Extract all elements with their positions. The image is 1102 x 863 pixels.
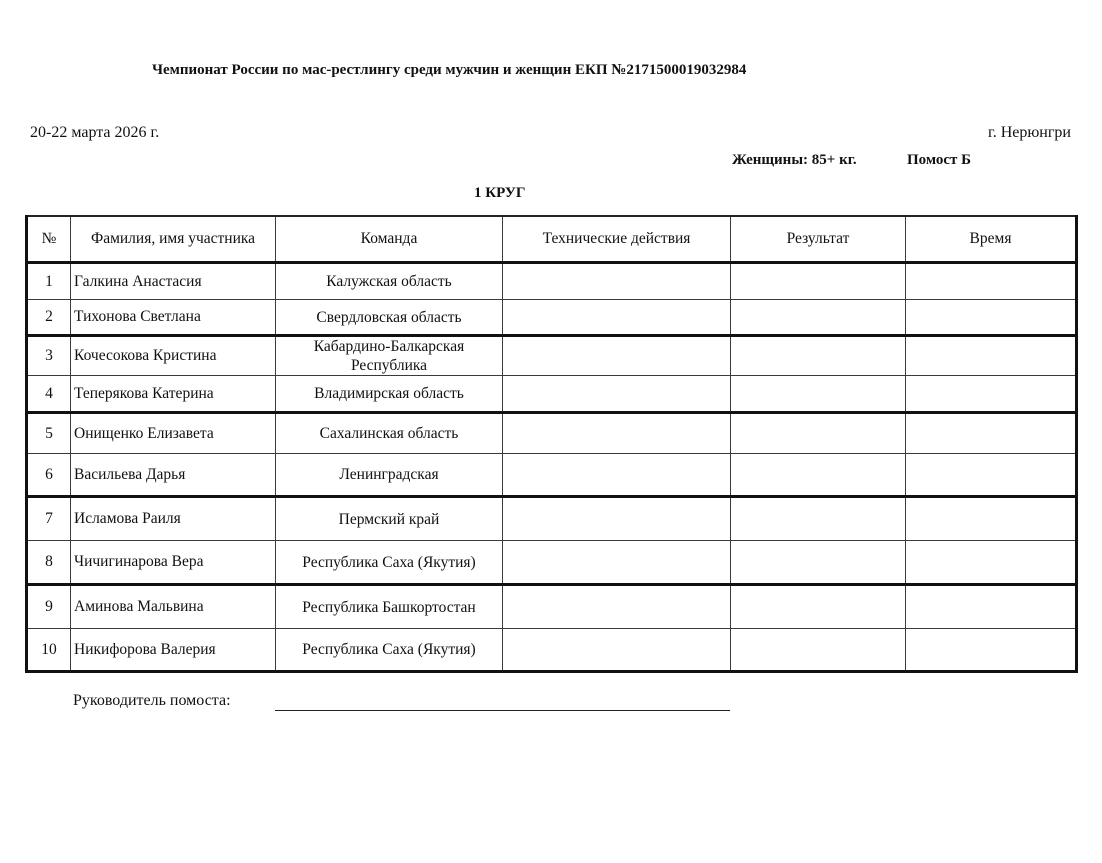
row-number: 9	[27, 585, 71, 629]
platform-leader-label: Руководитель помоста:	[73, 692, 231, 710]
weight-category: Женщины: 85+ кг.	[732, 152, 857, 169]
result-cell[interactable]	[731, 376, 906, 413]
team-name: Свердловская область	[276, 300, 503, 336]
time-cell[interactable]	[906, 585, 1077, 629]
bout-protocol-table: № Фамилия, имя участника Команда Техниче…	[25, 215, 1078, 673]
team-name: Пермский край	[276, 497, 503, 541]
table-row: 4Теперякова КатеринаВладимирская область	[27, 376, 1077, 413]
row-number: 10	[27, 629, 71, 672]
row-number: 6	[27, 454, 71, 497]
table-row: 8Чичигинарова ВераРеспублика Саха (Якути…	[27, 541, 1077, 585]
time-cell[interactable]	[906, 376, 1077, 413]
table-row: 3Кочесокова КристинаКабардино-Балкарская…	[27, 336, 1077, 376]
technical-actions-cell[interactable]	[503, 300, 731, 336]
time-cell[interactable]	[906, 300, 1077, 336]
technical-actions-cell[interactable]	[503, 585, 731, 629]
time-cell[interactable]	[906, 541, 1077, 585]
participant-name: Чичигинарова Вера	[71, 541, 276, 585]
result-cell[interactable]	[731, 497, 906, 541]
team-name: Владимирская область	[276, 376, 503, 413]
participant-name: Исламова Раиля	[71, 497, 276, 541]
table-row: 9Аминова МальвинаРеспублика Башкортостан	[27, 585, 1077, 629]
event-city: г. Нерюнгри	[988, 124, 1071, 142]
participant-name: Галкина Анастасия	[71, 263, 276, 300]
result-cell[interactable]	[731, 541, 906, 585]
row-number: 5	[27, 413, 71, 454]
row-number: 1	[27, 263, 71, 300]
participant-name: Кочесокова Кристина	[71, 336, 276, 376]
table-row: 1Галкина АнастасияКалужская область	[27, 263, 1077, 300]
result-cell[interactable]	[731, 300, 906, 336]
row-number: 3	[27, 336, 71, 376]
platform-label: Помост Б	[907, 152, 971, 169]
technical-actions-cell[interactable]	[503, 336, 731, 376]
participant-name: Теперякова Катерина	[71, 376, 276, 413]
time-cell[interactable]	[906, 413, 1077, 454]
header-technical-actions: Технические действия	[503, 216, 731, 263]
result-cell[interactable]	[731, 629, 906, 672]
team-name: Республика Башкортостан	[276, 585, 503, 629]
technical-actions-cell[interactable]	[503, 541, 731, 585]
participant-name: Никифорова Валерия	[71, 629, 276, 672]
document-title: Чемпионат России по мас-рестлингу среди …	[152, 62, 746, 79]
table-row: 10Никифорова ВалерияРеспублика Саха (Яку…	[27, 629, 1077, 672]
signature-line	[275, 710, 730, 711]
time-cell[interactable]	[906, 263, 1077, 300]
team-name: Республика Саха (Якутия)	[276, 541, 503, 585]
technical-actions-cell[interactable]	[503, 454, 731, 497]
time-cell[interactable]	[906, 629, 1077, 672]
time-cell[interactable]	[906, 497, 1077, 541]
participant-name: Аминова Мальвина	[71, 585, 276, 629]
header-result: Результат	[731, 216, 906, 263]
result-cell[interactable]	[731, 454, 906, 497]
technical-actions-cell[interactable]	[503, 629, 731, 672]
team-name: Калужская область	[276, 263, 503, 300]
result-cell[interactable]	[731, 413, 906, 454]
header-team: Команда	[276, 216, 503, 263]
table-row: 6Васильева ДарьяЛенинградская	[27, 454, 1077, 497]
technical-actions-cell[interactable]	[503, 376, 731, 413]
row-number: 7	[27, 497, 71, 541]
participant-name: Тихонова Светлана	[71, 300, 276, 336]
technical-actions-cell[interactable]	[503, 263, 731, 300]
technical-actions-cell[interactable]	[503, 413, 731, 454]
team-name: Ленинградская	[276, 454, 503, 497]
result-cell[interactable]	[731, 263, 906, 300]
participant-name: Онищенко Елизавета	[71, 413, 276, 454]
header-number: №	[27, 216, 71, 263]
team-name: Кабардино-Балкарская Республика	[276, 336, 503, 376]
row-number: 2	[27, 300, 71, 336]
result-cell[interactable]	[731, 336, 906, 376]
time-cell[interactable]	[906, 336, 1077, 376]
round-label: 1 КРУГ	[474, 185, 525, 202]
header-name: Фамилия, имя участника	[71, 216, 276, 263]
team-name: Республика Саха (Якутия)	[276, 629, 503, 672]
table-row: 5Онищенко ЕлизаветаСахалинская область	[27, 413, 1077, 454]
result-cell[interactable]	[731, 585, 906, 629]
participant-name: Васильева Дарья	[71, 454, 276, 497]
header-time: Время	[906, 216, 1077, 263]
team-name: Сахалинская область	[276, 413, 503, 454]
event-date: 20-22 марта 2026 г.	[30, 124, 159, 142]
row-number: 4	[27, 376, 71, 413]
time-cell[interactable]	[906, 454, 1077, 497]
table-header-row: № Фамилия, имя участника Команда Техниче…	[27, 216, 1077, 263]
table-row: 2Тихонова СветланаСвердловская область	[27, 300, 1077, 336]
row-number: 8	[27, 541, 71, 585]
table-row: 7Исламова РаиляПермский край	[27, 497, 1077, 541]
technical-actions-cell[interactable]	[503, 497, 731, 541]
